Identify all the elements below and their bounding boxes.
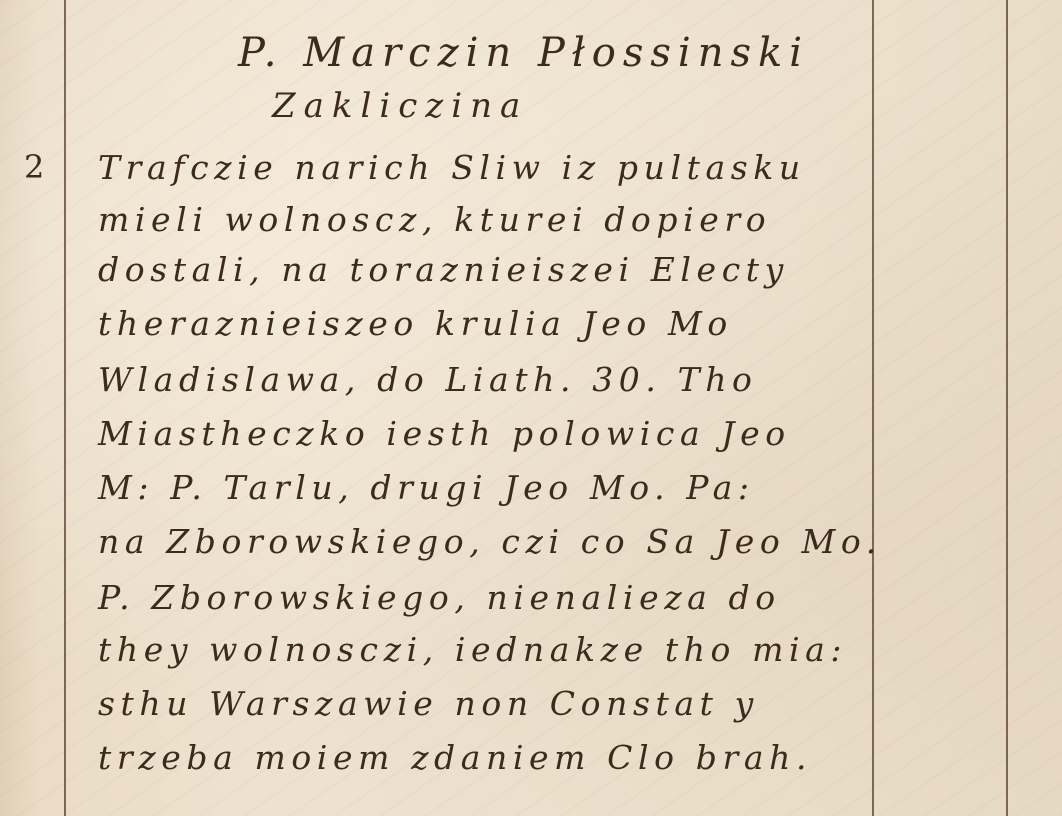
text-line: sthu Warszawie non Constat y (98, 684, 759, 723)
manuscript-page: P. Marczin Płossinski Zakliczina 2 Trafc… (0, 0, 1062, 816)
text-line: dostali, na toraznieiszei Electy (98, 250, 789, 289)
right-margin-rule (1006, 0, 1008, 816)
left-margin-rule (64, 0, 66, 816)
text-line: Trafczie narich Sliw iz pultasku (98, 148, 806, 187)
text-line: M: P. Tarlu, drugi Jeo Mo. Pa: (98, 468, 755, 507)
text-line: theraznieiszeo krulia Jeo Mo (98, 304, 733, 343)
entry-number: 2 (24, 148, 44, 186)
heading-place: Zakliczina (272, 86, 528, 126)
text-line: P. Zborowskiego, nienalieza do (98, 578, 781, 617)
text-line: trzeba moiem zdaniem Clo brah. (98, 738, 812, 777)
column-rule (872, 0, 874, 816)
text-line: Miastheczko iesth polowica Jeo (98, 414, 791, 453)
text-line: they wolnosczi, iednakze tho mia: (98, 630, 847, 669)
text-line: na Zborowskiego, czi co Sa Jeo Mo. (98, 522, 882, 561)
text-line: mieli wolnoscz, kturei dopiero (98, 200, 771, 239)
heading-name: P. Marczin Płossinski (238, 30, 809, 76)
text-line: Wladislawa, do Liath. 30. Tho (98, 360, 758, 399)
